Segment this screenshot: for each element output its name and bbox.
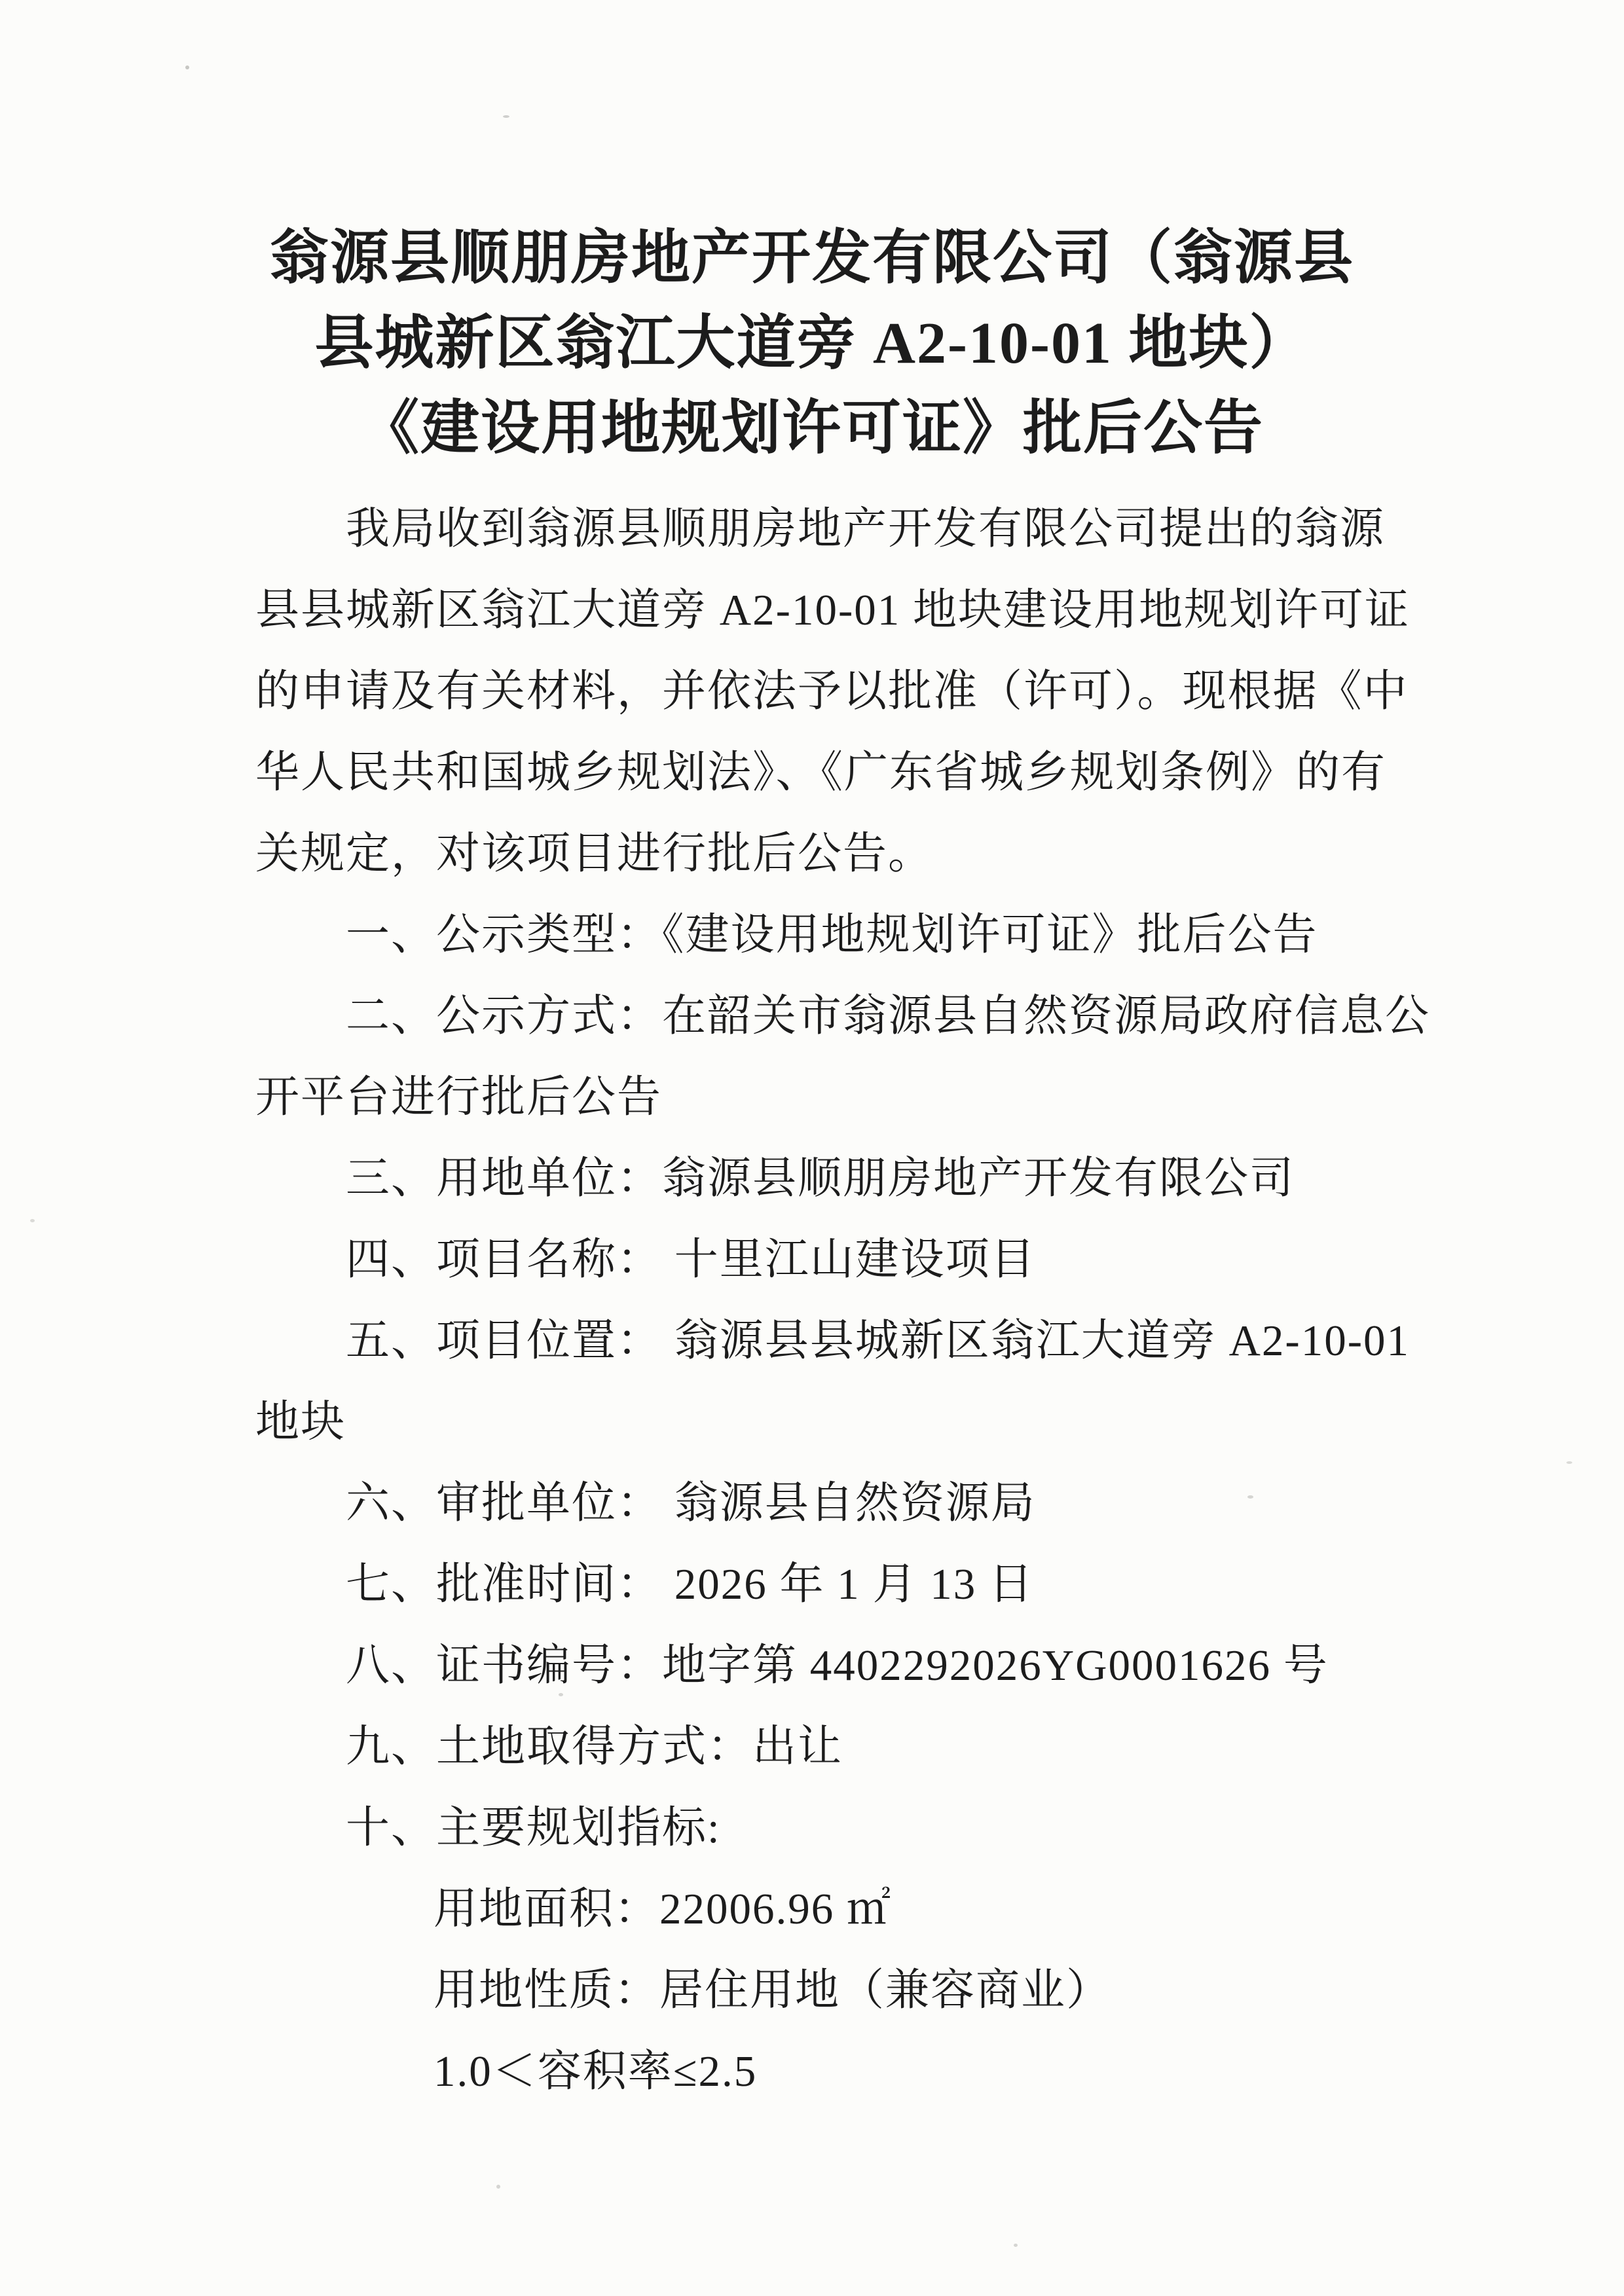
item-approval-authority: 六、审批单位： 翁源县自然资源局 [255,1463,1369,1544]
notice-title: 翁源县顺朋房地产开发有限公司（翁源县 县城新区翁江大道旁 A2-10-01 地块… [255,216,1369,471]
notice-body: 我局收到翁源县顺朋房地产开发有限公司提出的翁源 县县城新区翁江大道旁 A2-10… [255,488,1369,2112]
body-line: 县县城新区翁江大道旁 A2-10-01 地块建设用地规划许可证 [255,570,1369,651]
indicator-land-area: 用地面积：22006.96 ㎡ [255,1868,1369,1950]
item-publicity-type: 一、公示类型：《建设用地规划许可证》批后公告 [255,894,1369,975]
notice-content: 翁源县顺朋房地产开发有限公司（翁源县 县城新区翁江大道旁 A2-10-01 地块… [255,216,1369,2112]
item-project-location: 五、项目位置： 翁源县县城新区翁江大道旁 A2-10-01 [255,1300,1369,1381]
scan-speck [496,2185,500,2189]
scan-speck [30,1219,35,1222]
title-line-1: 翁源县顺朋房地产开发有限公司（翁源县 [255,216,1369,301]
document-page: 翁源县顺朋房地产开发有限公司（翁源县 县城新区翁江大道旁 A2-10-01 地块… [0,0,1624,2296]
title-line-3: 《建设用地规划许可证》批后公告 [255,386,1369,471]
item-land-acquisition: 九、土地取得方式：出让 [255,1706,1369,1787]
item-project-name: 四、项目名称： 十里江山建设项目 [255,1219,1369,1300]
indicator-land-use: 用地性质：居住用地（兼容商业） [255,1950,1369,2031]
item-land-user: 三、用地单位：翁源县顺朋房地产开发有限公司 [255,1138,1369,1219]
item-project-location-wrap: 地块 [255,1381,1369,1463]
scan-speck [503,115,509,118]
indicator-plot-ratio: 1.0＜容积率≤2.5 [255,2031,1369,2112]
item-approval-date: 七、批准时间： 2026 年 1 月 13 日 [255,1544,1369,1625]
item-planning-indicators: 十、主要规划指标: [255,1787,1369,1868]
item-publicity-method: 二、公示方式：在韶关市翁源县自然资源局政府信息公 [255,975,1369,1057]
body-line: 关规定，对该项目进行批后公告。 [255,813,1369,894]
scan-speck [1566,1461,1572,1464]
scan-speck [185,65,189,69]
body-line: 我局收到翁源县顺朋房地产开发有限公司提出的翁源 [255,488,1369,570]
title-line-2: 县城新区翁江大道旁 A2-10-01 地块） [255,301,1369,386]
body-line: 的申请及有关材料，并依法予以批准（许可）。现根据《中 [255,651,1369,732]
body-line: 华人民共和国城乡规划法》、《广东省城乡规划条例》的有 [255,732,1369,813]
item-certificate-number: 八、证书编号：地字第 4402292026YG0001626 号 [255,1625,1369,1706]
item-publicity-method-wrap: 开平台进行批后公告 [255,1057,1369,1138]
scan-speck [1014,2244,1018,2247]
